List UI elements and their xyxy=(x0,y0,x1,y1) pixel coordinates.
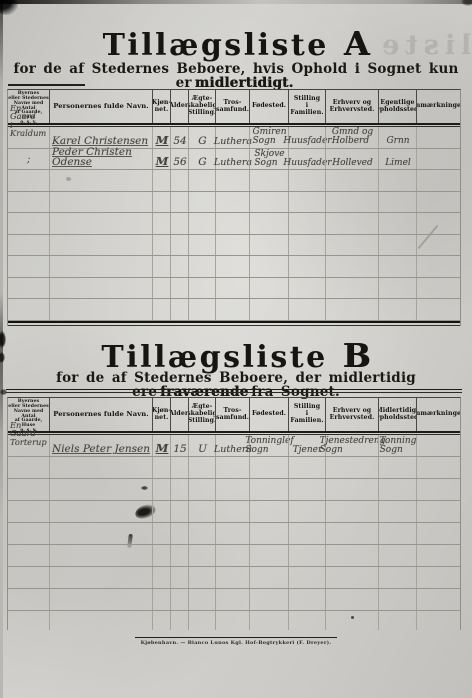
table-cell: Luthera xyxy=(215,435,249,456)
table-cell xyxy=(152,567,170,588)
table-cell xyxy=(249,545,288,566)
column-header: Alder. xyxy=(170,398,188,431)
column-header: Stilling i Familien. xyxy=(288,398,325,431)
table-cell xyxy=(170,213,188,234)
handwritten-entry: 56 xyxy=(173,157,186,168)
table-cell xyxy=(215,457,249,478)
table-cell xyxy=(8,501,49,522)
table-cell xyxy=(325,589,378,610)
table-cell xyxy=(288,567,325,588)
table-cell xyxy=(49,235,152,256)
table-cell xyxy=(325,479,378,500)
table-cell xyxy=(49,170,152,191)
column-header-label: Alder. xyxy=(170,103,188,110)
table-cell xyxy=(378,479,416,500)
column-header-label: Anmærkninger. xyxy=(416,411,460,418)
table-cell: Karel Christensen xyxy=(49,127,152,148)
table-cell: Huusfader xyxy=(288,127,325,148)
table-cell xyxy=(49,278,152,299)
column-header-label: Kjøn- net. xyxy=(152,408,170,422)
table-cell xyxy=(249,457,288,478)
table-row xyxy=(8,523,460,545)
column-header: Tros- samfund. xyxy=(215,398,249,431)
table-cell xyxy=(288,192,325,213)
table-cell xyxy=(8,523,49,544)
table-cell xyxy=(288,170,325,191)
table-cell xyxy=(249,192,288,213)
table-cell xyxy=(152,501,170,522)
column-header-label: Erhverv og Erhvervsted. xyxy=(330,100,375,114)
table-cell xyxy=(288,545,325,566)
table-cell xyxy=(188,457,215,478)
table-row xyxy=(8,479,460,501)
table-cell: Tonninglef Sogn xyxy=(249,435,288,456)
column-header: Ægte- skabelig Stilling. xyxy=(188,90,215,123)
handwritten-entry: 54 xyxy=(173,136,186,147)
table-row xyxy=(8,567,460,589)
table-cell xyxy=(8,235,49,256)
table-cell xyxy=(170,278,188,299)
table-cell xyxy=(49,501,152,522)
table-cell xyxy=(416,299,460,320)
column-header: Anmærkninger. xyxy=(416,398,460,431)
table-row xyxy=(8,256,460,278)
handwritten-entry: Luthera xyxy=(214,158,252,168)
table-cell xyxy=(188,479,215,500)
table-row: Peder Christen OdenseM56GLutheraSkjove S… xyxy=(8,149,460,171)
table-cell xyxy=(215,523,249,544)
table-cell xyxy=(416,256,460,277)
table-cell xyxy=(378,235,416,256)
table-cell xyxy=(170,523,188,544)
table-cell: Huusfader xyxy=(288,149,325,170)
table-cell xyxy=(416,457,460,478)
table-row xyxy=(8,589,460,611)
table-cell xyxy=(8,256,49,277)
table-cell xyxy=(288,589,325,610)
table-a-header-row: Sognets og Byernes eller Stedernes Navne… xyxy=(8,90,460,123)
table-cell xyxy=(188,278,215,299)
table-cell xyxy=(378,192,416,213)
table-cell xyxy=(378,611,416,630)
table-cell xyxy=(416,589,460,610)
table-cell xyxy=(188,299,215,320)
table-cell xyxy=(378,589,416,610)
table-cell xyxy=(8,170,49,191)
table-cell xyxy=(378,501,416,522)
table-cell xyxy=(188,192,215,213)
table-cell xyxy=(416,235,460,256)
table-cell xyxy=(152,457,170,478)
table-row xyxy=(8,278,460,300)
table-cell xyxy=(215,235,249,256)
column-header: Personernes fulde Navn. xyxy=(49,90,152,123)
table-cell xyxy=(249,278,288,299)
table-cell xyxy=(170,567,188,588)
scan-corner-smudge xyxy=(0,0,18,15)
short-rule xyxy=(8,84,85,86)
table-row xyxy=(8,170,460,192)
table-cell xyxy=(325,457,378,478)
column-header: Personernes fulde Navn. xyxy=(49,398,152,431)
table-cell xyxy=(288,479,325,500)
list-a-title: TillægslisteA xyxy=(0,27,472,61)
handwritten-entry: En Gaard i Kraldum xyxy=(10,104,48,138)
handwritten-entry: 15 xyxy=(173,444,186,455)
table-cell xyxy=(416,170,460,191)
table-cell xyxy=(249,213,288,234)
table-cell xyxy=(378,567,416,588)
column-header-label: Ægte- skabelig Stilling. xyxy=(188,404,215,425)
table-cell xyxy=(152,523,170,544)
column-header-label: Erhverv og Erhvervsted. xyxy=(330,408,375,422)
table-cell xyxy=(249,235,288,256)
table-cell xyxy=(8,213,49,234)
table-cell xyxy=(188,501,215,522)
table-cell xyxy=(8,299,49,320)
handwritten-entry: U xyxy=(198,444,207,455)
column-header: Erhverv og Erhvervsted. xyxy=(325,90,378,123)
table-cell xyxy=(8,149,49,170)
table-cell: M xyxy=(152,435,170,456)
column-header-label: Egentlige Opholdssted. xyxy=(378,100,416,114)
table-cell xyxy=(170,589,188,610)
table-cell xyxy=(416,149,460,170)
table-cell: M xyxy=(152,127,170,148)
table-cell xyxy=(249,589,288,610)
table-cell xyxy=(49,523,152,544)
table-cell xyxy=(378,457,416,478)
table-cell: 54 xyxy=(170,127,188,148)
table-cell xyxy=(378,170,416,191)
table-cell xyxy=(49,457,152,478)
list-b-title: TillægslisteB xyxy=(0,339,472,373)
table-cell xyxy=(325,235,378,256)
column-header-label: Tros- samfund. xyxy=(216,100,249,114)
table-cell xyxy=(215,256,249,277)
table-row xyxy=(8,457,460,479)
column-header-label: Stilling i Familien. xyxy=(289,404,325,425)
table-cell xyxy=(170,170,188,191)
table-cell xyxy=(416,501,460,522)
table-cell xyxy=(8,589,49,610)
column-header-label: Fødested. xyxy=(252,103,286,110)
table-cell xyxy=(152,589,170,610)
table-row xyxy=(8,235,460,257)
table-a-bottom-rule xyxy=(8,321,460,326)
table-cell: M xyxy=(152,149,170,170)
table-cell: Gmnd og Holberd xyxy=(325,127,378,148)
table-cell xyxy=(249,479,288,500)
scan-edge-top xyxy=(0,0,472,4)
table-row xyxy=(8,213,460,235)
table-cell xyxy=(249,523,288,544)
handwritten-entry: Peder Christen Odense xyxy=(52,147,151,168)
column-header: Alder. xyxy=(170,90,188,123)
column-header: Tros- samfund. xyxy=(215,90,249,123)
table-cell xyxy=(8,278,49,299)
table-cell: 15 xyxy=(170,435,188,456)
table-cell xyxy=(249,299,288,320)
table-cell xyxy=(215,213,249,234)
title-word: Tillægsliste xyxy=(103,28,329,63)
table-cell xyxy=(8,567,49,588)
table-cell: Tjenestedreng Sogn xyxy=(325,435,378,456)
column-header: Egentlige Opholdssted. xyxy=(378,90,416,123)
table-cell xyxy=(170,611,188,630)
table-cell xyxy=(416,567,460,588)
handwritten-entry: G xyxy=(198,136,206,147)
table-cell: Luthera xyxy=(215,149,249,170)
table-cell xyxy=(325,256,378,277)
handwritten-entry: Gmiren Sogn xyxy=(252,128,286,146)
table-cell xyxy=(188,589,215,610)
table-cell xyxy=(215,589,249,610)
table-cell: 56 xyxy=(170,149,188,170)
table-cell xyxy=(416,213,460,234)
column-header: Fødested. xyxy=(249,398,288,431)
table-cell xyxy=(416,611,460,630)
table-cell xyxy=(378,213,416,234)
table-cell xyxy=(416,545,460,566)
column-header-label: Alder. xyxy=(170,411,188,418)
handwritten-entry: Grnn xyxy=(386,137,409,146)
table-cell xyxy=(215,567,249,588)
column-header: Kjøn- net. xyxy=(152,398,170,431)
table-cell xyxy=(325,523,378,544)
table-cell xyxy=(188,611,215,630)
table-cell xyxy=(170,299,188,320)
table-cell xyxy=(325,170,378,191)
table-b-body: En Gaard TorterupNiels Peter JensenM15UL… xyxy=(8,435,460,630)
table-row xyxy=(8,192,460,214)
column-header: Ægte- skabelig Stilling. xyxy=(188,398,215,431)
handwritten-entry: Tjenestedreng Sogn xyxy=(320,437,386,455)
table-cell xyxy=(288,278,325,299)
handwritten-entry: Skjove Sogn xyxy=(254,150,284,168)
table-cell xyxy=(152,278,170,299)
table-a-body: En Gaard i KraldumKarel ChristensenM54GL… xyxy=(8,127,460,321)
column-header-label: Personernes fulde Navn. xyxy=(53,411,149,419)
list-b-subtitle: for de af Stedernes Beboere, der midlert… xyxy=(0,372,472,399)
handwritten-entry: M xyxy=(156,443,169,455)
table-cell xyxy=(215,299,249,320)
table-cell xyxy=(249,567,288,588)
table-cell: G xyxy=(188,127,215,148)
table-cell: Holleved xyxy=(325,149,378,170)
table-cell xyxy=(416,278,460,299)
table-cell xyxy=(416,127,460,148)
handwritten-entry: M xyxy=(156,135,169,147)
printer-imprint: Kjøbenhavn. — Bianco Lunos Kgl. Hof-Bogt… xyxy=(135,637,338,646)
table-cell xyxy=(188,213,215,234)
table-cell xyxy=(170,457,188,478)
handwritten-entry: Tonning Sogn xyxy=(380,437,417,455)
table-cell xyxy=(325,501,378,522)
table-cell: Limel xyxy=(378,149,416,170)
table-cell xyxy=(249,170,288,191)
table-cell xyxy=(170,479,188,500)
table-cell xyxy=(378,545,416,566)
table-cell xyxy=(49,589,152,610)
table-cell xyxy=(49,256,152,277)
handwritten-entry: En Gaard Torterup xyxy=(10,421,48,446)
table-cell: Luthera xyxy=(215,127,249,148)
table-row: En Gaard TorterupNiels Peter JensenM15UL… xyxy=(8,435,460,457)
table-cell xyxy=(152,213,170,234)
table-cell xyxy=(249,611,288,630)
table-cell xyxy=(288,611,325,630)
table-cell xyxy=(188,545,215,566)
table-cell: G xyxy=(188,149,215,170)
table-cell xyxy=(378,523,416,544)
table-cell xyxy=(378,299,416,320)
column-header: Midlertidigt Opholdssted. xyxy=(378,398,416,431)
column-header-label: Midlertidigt Opholdssted. xyxy=(378,408,416,422)
table-row xyxy=(8,545,460,567)
table-cell xyxy=(49,479,152,500)
table-cell xyxy=(8,192,49,213)
column-header-label: Fødested. xyxy=(252,411,286,418)
table-cell xyxy=(378,278,416,299)
column-header-label: Ægte- skabelig Stilling. xyxy=(188,96,215,117)
table-cell xyxy=(325,213,378,234)
table-cell xyxy=(8,479,49,500)
table-cell xyxy=(152,235,170,256)
table-cell xyxy=(215,479,249,500)
footer: Kjøbenhavn. — Bianco Lunos Kgl. Hof-Bogt… xyxy=(0,637,472,646)
table-cell xyxy=(49,213,152,234)
table-cell xyxy=(188,567,215,588)
column-header-label: Tros- samfund. xyxy=(216,408,249,422)
table-cell xyxy=(378,256,416,277)
table-cell xyxy=(288,523,325,544)
table-cell xyxy=(416,192,460,213)
table-cell xyxy=(8,611,49,630)
table-cell xyxy=(152,170,170,191)
table-cell xyxy=(288,299,325,320)
table-cell xyxy=(215,192,249,213)
table-cell xyxy=(170,256,188,277)
table-cell xyxy=(325,278,378,299)
table-cell xyxy=(215,278,249,299)
table-cell xyxy=(49,545,152,566)
table-cell xyxy=(288,256,325,277)
supplement-table-a: Sognets og Byernes eller Stedernes Navne… xyxy=(7,89,461,326)
table-cell xyxy=(325,545,378,566)
supplement-table-b: Sognets og Byernes eller Stedernes Navne… xyxy=(7,397,461,630)
table-cell xyxy=(152,479,170,500)
column-header-label: Anmærkninger. xyxy=(416,103,460,110)
table-cell xyxy=(152,256,170,277)
table-cell xyxy=(170,545,188,566)
handwritten-entry: Luthera xyxy=(214,137,252,147)
table-cell xyxy=(152,299,170,320)
table-cell xyxy=(8,457,49,478)
table-cell xyxy=(288,235,325,256)
table-cell xyxy=(416,523,460,544)
table-cell: Niels Peter Jensen xyxy=(49,435,152,456)
full-width-double-rule xyxy=(6,389,462,393)
table-cell xyxy=(215,611,249,630)
table-cell xyxy=(170,192,188,213)
table-cell xyxy=(188,235,215,256)
handwritten-entry: G xyxy=(198,157,206,168)
table-cell xyxy=(152,192,170,213)
handwritten-entry: Tjener xyxy=(293,446,323,455)
table-cell xyxy=(215,170,249,191)
table-cell xyxy=(249,256,288,277)
table-row xyxy=(8,501,460,523)
table-cell xyxy=(416,435,460,456)
table-cell: Grnn xyxy=(378,127,416,148)
table-cell xyxy=(152,611,170,630)
table-b-header-row: Sognets og Byernes eller Stedernes Navne… xyxy=(8,398,460,431)
column-header: Stilling i Familien. xyxy=(288,90,325,123)
table-cell xyxy=(288,501,325,522)
title-letter-a: A xyxy=(344,24,370,63)
table-cell xyxy=(49,192,152,213)
table-cell xyxy=(49,567,152,588)
table-cell xyxy=(49,611,152,630)
table-cell xyxy=(416,479,460,500)
table-cell xyxy=(215,501,249,522)
column-header: Erhverv og Erhvervsted. xyxy=(325,398,378,431)
table-cell xyxy=(325,192,378,213)
table-cell xyxy=(325,299,378,320)
table-cell: En Gaard Torterup xyxy=(8,435,49,456)
table-cell xyxy=(188,523,215,544)
table-cell xyxy=(188,170,215,191)
table-cell xyxy=(288,457,325,478)
table-row xyxy=(8,299,460,321)
column-header: Kjøn- net. xyxy=(152,90,170,123)
handwritten-entry: M xyxy=(156,156,169,168)
scanned-census-page: liste ; TillægslisteA for de af Stederne… xyxy=(0,0,472,698)
table-cell xyxy=(8,545,49,566)
handwritten-entry: Gmnd og Holberd xyxy=(332,128,373,146)
table-cell xyxy=(249,501,288,522)
scan-corner-mark xyxy=(461,0,472,6)
handwritten-entry: Limel xyxy=(385,159,411,168)
table-cell xyxy=(49,299,152,320)
column-header-label: Personernes fulde Navn. xyxy=(53,103,149,111)
handwritten-entry: Karel Christensen xyxy=(52,136,148,147)
table-row xyxy=(8,611,460,630)
table-cell: U xyxy=(188,435,215,456)
table-cell xyxy=(325,611,378,630)
table-cell: Tonning Sogn xyxy=(378,435,416,456)
column-header: Fødested. xyxy=(249,90,288,123)
handwritten-entry: Niels Peter Jensen xyxy=(52,444,150,455)
column-header-label: Kjøn- net. xyxy=(152,100,170,114)
table-cell xyxy=(152,545,170,566)
table-cell xyxy=(215,545,249,566)
column-header-label: Stilling i Familien. xyxy=(289,96,325,117)
table-cell: Peder Christen Odense xyxy=(49,149,152,170)
table-cell xyxy=(170,235,188,256)
table-cell: En Gaard i Kraldum xyxy=(8,127,49,148)
table-cell xyxy=(188,256,215,277)
handwritten-entry: Holleved xyxy=(332,159,373,168)
table-cell xyxy=(288,213,325,234)
table-cell xyxy=(170,501,188,522)
column-header: Anmærkninger. xyxy=(416,90,460,123)
table-cell xyxy=(325,567,378,588)
handwritten-entry: Tonninglef Sogn xyxy=(245,437,293,455)
